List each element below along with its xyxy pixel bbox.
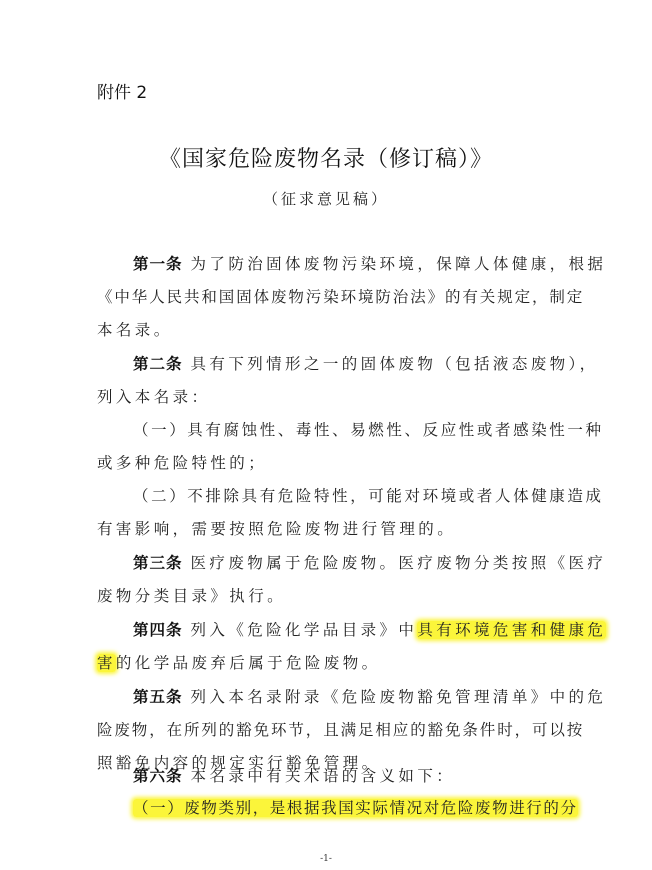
article-heading: 第二条 xyxy=(133,355,183,373)
article-text: 列入《危险化学品目录》中 xyxy=(191,621,418,639)
attachment-label: 附件 2 xyxy=(97,78,147,103)
document-title: 《国家危险废物名录（修订稿）》 xyxy=(0,142,652,173)
article-heading: 第六条 xyxy=(133,767,183,785)
article-text: 本名录中有关术语的含义如下： xyxy=(191,767,456,785)
article-5-line-2: 险废物，在所列的豁免环节，且满足相应的豁免条件时，可以按 xyxy=(97,718,584,740)
article-heading: 第一条 xyxy=(133,255,183,273)
article-1-line-2: 《中华人民共和国固体废物污染环境防治法》的有关规定，制定 xyxy=(97,285,584,307)
article-heading: 第三条 xyxy=(133,554,183,572)
document-page: 附件 2 《国家危险废物名录（修订稿）》 （征求意见稿） 第一条为了防治固体废物… xyxy=(0,0,652,870)
article-heading: 第四条 xyxy=(133,621,183,639)
article-text: 的化学品废弃后属于危险废物。 xyxy=(116,654,381,672)
highlighted-text: 具有环境危害和健康危 xyxy=(417,621,606,639)
article-3-line-2: 废物分类目录》执行。 xyxy=(97,584,286,606)
highlighted-text: （一）废物类别，是根据我国实际情况对危险废物进行的分 xyxy=(133,799,578,817)
article-3-line-1: 第三条医疗废物属于危险废物。医疗废物分类按照《医疗 xyxy=(133,551,606,573)
article-text: 列入本名录附录《危险废物豁免管理清单》中的危 xyxy=(191,688,607,706)
article-1-line-1: 第一条为了防治固体废物污染环境，保障人体健康，根据 xyxy=(133,252,606,274)
article-text: 具有下列情形之一的固体废物（包括液态废物）， xyxy=(191,355,599,373)
article-2-item-1-line-2: 或多种危险特性的； xyxy=(97,451,267,473)
article-2-item-2-line-2: 有害影响，需要按照危险废物进行管理的。 xyxy=(97,517,456,539)
article-2-item-1-line-1: （一）具有腐蚀性、毒性、易燃性、反应性或者感染性一种 xyxy=(133,418,604,440)
article-text: 医疗废物属于危险废物。医疗废物分类按照《医疗 xyxy=(191,554,607,572)
article-2-line-2: 列入本名录： xyxy=(97,385,210,407)
highlighted-text: 害 xyxy=(97,654,116,672)
article-1-line-3: 本名录。 xyxy=(97,318,173,340)
article-heading: 第五条 xyxy=(133,688,183,706)
document-subtitle: （征求意见稿） xyxy=(0,188,652,209)
article-4-line-2: 害的化学品废弃后属于危险废物。 xyxy=(97,651,381,673)
article-5-line-1: 第五条列入本名录附录《危险废物豁免管理清单》中的危 xyxy=(133,685,606,707)
article-6-item-1: （一）废物类别，是根据我国实际情况对危险废物进行的分 xyxy=(133,796,578,818)
article-6-line-1: 第六条本名录中有关术语的含义如下： xyxy=(133,764,455,786)
article-2-line-1: 第二条具有下列情形之一的固体废物（包括液态废物）， xyxy=(133,352,599,374)
article-text: 为了防治固体废物污染环境，保障人体健康，根据 xyxy=(191,255,607,273)
page-number: -1- xyxy=(0,854,652,864)
article-4-line-1: 第四条列入《危险化学品目录》中具有环境危害和健康危 xyxy=(133,618,606,640)
article-2-item-2-line-1: （二）不排除具有危险特性，可能对环境或者人体健康造成 xyxy=(133,484,604,506)
